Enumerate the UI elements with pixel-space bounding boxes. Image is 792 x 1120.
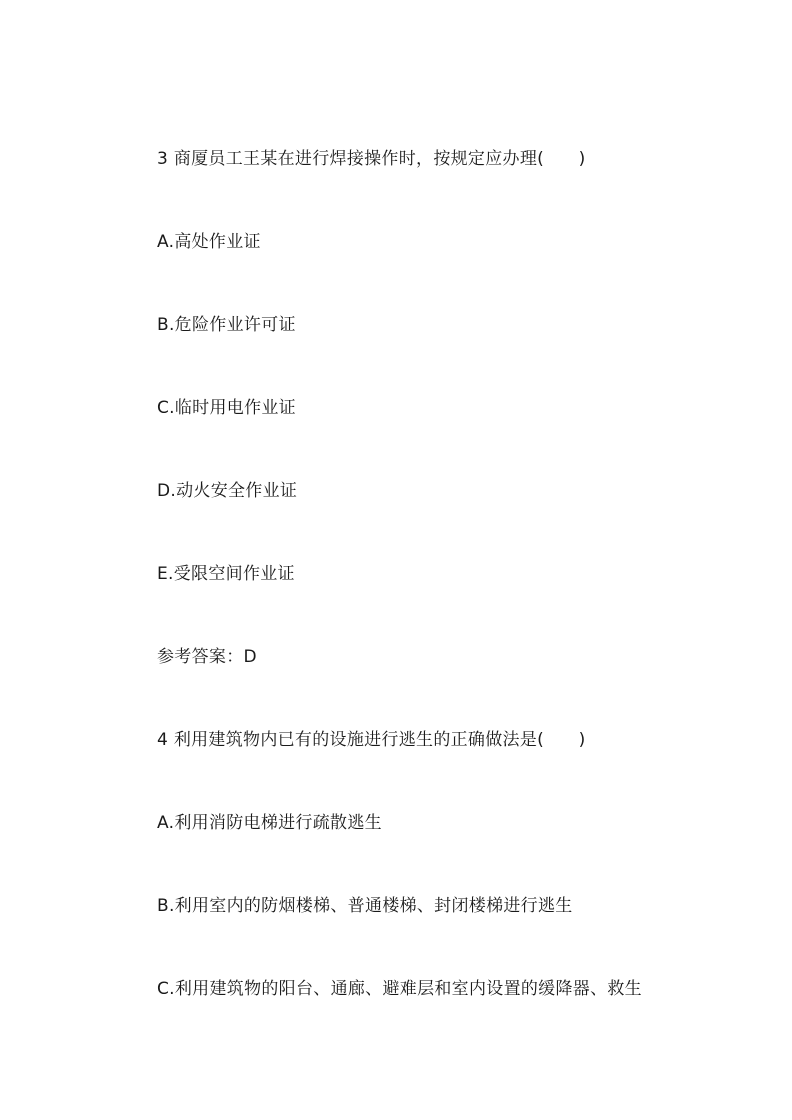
question-3-option-b: B.危险作业许可证 [157,314,296,336]
question-3-answer: 参考答案：D [157,646,257,668]
question-3-option-d: D.动火安全作业证 [157,480,297,502]
question-4-option-a: A.利用消防电梯进行疏散逃生 [157,812,382,834]
document-page: 3 商厦员工王某在进行焊接操作时，按规定应办理( ) A.高处作业证 B.危险作… [0,0,792,1120]
question-3-option-a: A.高处作业证 [157,231,261,253]
question-4-option-b: B.利用室内的防烟楼梯、普通楼梯、封闭楼梯进行逃生 [157,895,573,917]
question-3-option-c: C.临时用电作业证 [157,397,296,419]
question-3-stem: 3 商厦员工王某在进行焊接操作时，按规定应办理( ) [157,148,586,170]
question-3-option-e: E.受限空间作业证 [157,563,295,585]
question-4-option-c: C.利用建筑物的阳台、通廊、避难层和室内设置的缓降器、救生 [157,978,642,1000]
question-4-stem: 4 利用建筑物内已有的设施进行逃生的正确做法是( ) [157,729,586,751]
